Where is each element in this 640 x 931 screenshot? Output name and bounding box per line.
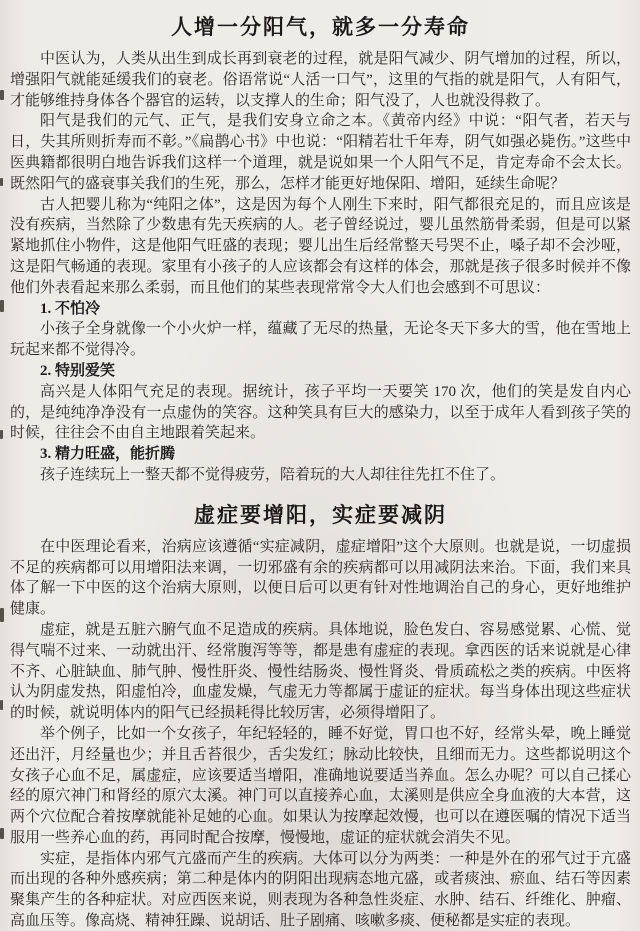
list-item-3-heading: 3. 精力旺盛，能折腾	[10, 444, 631, 465]
list-item-2-body: 高兴是人体阳气充足的表现。据统计，孩子平均一天要笑 170 次，他们的笑是发自内…	[10, 382, 631, 444]
section2-paragraph-2: 虚症，就是五脏六腑气血不足造成的疾病。具体地说，脸色发白、容易感觉累、心慌、觉得…	[10, 620, 631, 724]
scan-artifact	[0, 90, 4, 100]
section1-paragraph-2: 阳气是我们的元气、正气，是我们安身立命之本。《黄帝内经》中说：“阳气者，若天与日…	[10, 111, 631, 194]
list-item-3-body: 孩子连续玩上一整天都不觉得疲劳，陪着玩的大人却往往先扛不住了。	[10, 465, 631, 486]
section1-title: 人增一分阳气，就多一分寿命	[10, 14, 631, 40]
scan-artifact	[0, 178, 3, 186]
scan-artifact	[0, 430, 3, 439]
section2-paragraph-1: 在中医理论看来，治病应该遵循“实症减阴，虚症增阳”这个大原则。也就是说，一切虚损…	[10, 537, 631, 620]
list-item-2-heading: 2. 特别爱笑	[10, 361, 631, 382]
scan-artifact	[0, 300, 4, 312]
section2-paragraph-4: 实症，是指体内邪气亢盛而产生的疾病。大体可以分为两类：一种是外在的邪气过于亢盛而…	[10, 849, 631, 931]
list-item-1-body: 小孩子全身就像一个小火炉一样，蕴藏了无尽的热量，无论冬天下多大的雪，他在雪地上玩…	[10, 319, 631, 361]
scan-artifact	[0, 608, 4, 622]
scan-artifact	[0, 828, 4, 839]
section2-paragraph-3: 举个例子，比如一个女孩子，年纪轻轻的，睡不好觉，胃口也不好，经常头晕，晚上睡觉还…	[10, 724, 631, 849]
section2-title: 虚症要增阳，实症要减阴	[10, 502, 631, 528]
scanned-book-page: 人增一分阳气，就多一分寿命 中医认为，人类从出生到成长再到衰老的过程，就是阳气减…	[0, 0, 640, 931]
list-item-1-heading: 1. 不怕冷	[10, 299, 631, 320]
section1-paragraph-1: 中医认为，人类从出生到成长再到衰老的过程，就是阳气减少、阴气增加的过程，所以，增…	[10, 49, 631, 111]
section1-paragraph-3: 古人把婴儿称为“纯阳之体”，这是因为每个人刚生下来时，阳气都很充足的，而且应该是…	[10, 195, 631, 299]
scan-artifact	[0, 700, 3, 710]
